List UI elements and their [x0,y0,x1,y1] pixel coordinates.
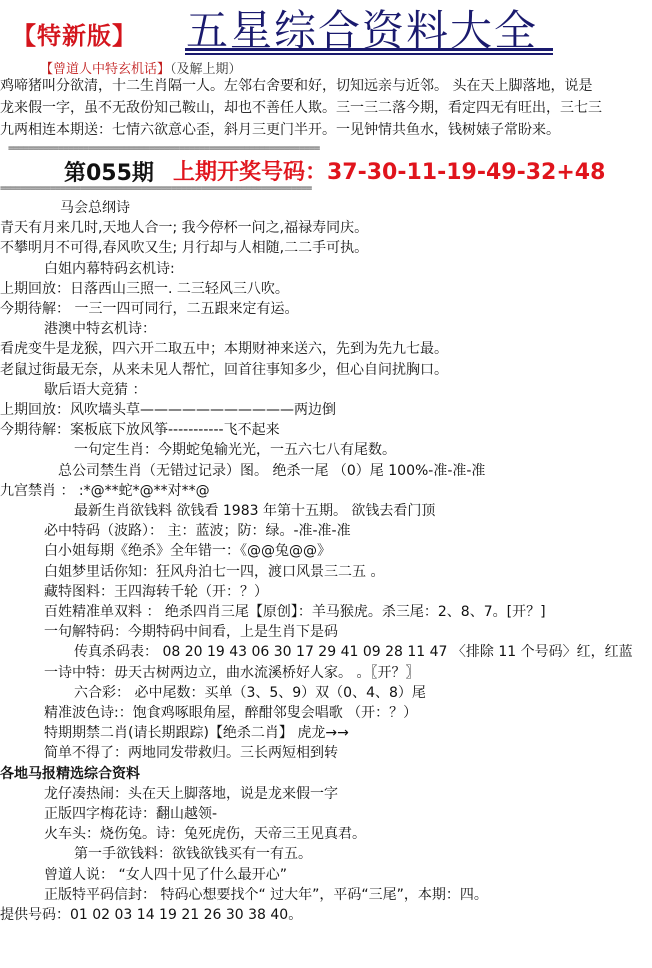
content-line: 上期回放：风吹墙头草———————————两边倒 [0,400,336,420]
content-line: 看虎变牛是龙猴，四六开二取五中；本期财神来送六，先到为先九七最。 [0,339,448,359]
content-line: 六合彩： 必中尾数：买单（3、5、9）双（0、4、8）尾 [74,683,426,703]
content-line: 今期待解： 一三一四可同行，二五跟来定有运。 [0,299,298,319]
last-draw-numbers: 上期开奖号码：37-30-11-19-49-32+48 [173,155,605,186]
content-line: 正版特平码信封： 特码心想要找个“ 过大年”，平码“三尾”，本期：四。 [44,885,488,905]
content-line: 龙仔凑热闹：头在天上脚落地，说是龙来假一字 [44,784,338,804]
subtitle-gray: （及解上期） [170,62,242,77]
content-line: 歇后语大竞猜 ： [44,380,146,400]
content-line: 白小姐每期《绝杀》全年错一：《@@兔@@》 [44,541,331,561]
content-line: 一诗中特：毋天古树两边立，曲水流溪桥好人家。 。〖开？〗 [44,663,419,683]
content-line: 提供号码：01 02 03 14 19 21 26 30 38 40。 [0,905,302,925]
content-line: 上期回放：日落西山三照一. 二三轻风三八吹。 [0,279,289,299]
content-line: 白姐内幕特码玄机诗: [44,259,175,279]
content-line: 马会总纲诗 [60,198,130,218]
subtitle: 【曾道人中特玄机话】（及解上期） [40,58,242,77]
content-line: 一句解特码：今期特码中间看，上是生肖下是码 [44,622,338,642]
content-line: 最新生肖欲钱料 欲钱看 1983 年第十五期。 欲钱去看门顶 [74,501,435,521]
content-line: 第一手欲钱料：欲钱欲钱买有一有五。 [74,844,312,864]
intro-line-2: 龙来假一字，虽不无敌份知己鞍山，却也不善任人欺。三一三二落今期，看定四无有旺出，… [0,98,602,118]
content-line: 曾道人说： “女人四十见了什么最开心” [44,865,287,885]
subtitle-red: 【曾道人中特玄机话】 [40,62,170,77]
content-line: 传真杀码表： 08 20 19 43 06 30 17 29 41 09 28 … [74,642,633,662]
content-line: 今期待解：案板底下放风筝-----------飞不起来 [0,420,280,440]
content-line: 青天有月来几时,天地人合一; 我今停杯一问之,福禄寿同庆。 [0,218,368,238]
content-line: 精准波色诗:：饱食鸡啄眼角屋，醉酣邻叟会唱歌 （开：？） [44,703,417,723]
title-underline [185,48,553,51]
intro-line-1: 鸡啼猪叫分欲清，十二生肖隔一人。左邻右舍要和好，切知远亲与近邻。 头在天上脚落地… [0,76,592,96]
separator-bottom: ========================================… [0,184,606,194]
section-heading: 各地马报精选综合资料 [0,764,140,784]
content-line: 特期期禁二肖(请长期跟踪)【绝杀二肖】 虎龙→→ [44,723,349,743]
content-line: 九宫禁肖 ： :*@**蛇*@**对**@ [0,481,210,501]
content-line: 不攀明月不可得,春风吹又生; 月行却与人相随,二二手可执。 [0,238,368,258]
content-line: 火车头：烧伤兔。诗：兔死虎伤，天帝三王见真君。 [44,824,366,844]
content-line: 百姓精准单双料 ： 绝杀四肖三尾【原创】：羊马猴虎。杀三尾：2、8、7。[开？] [44,602,546,622]
content-line: 藏特图料：王四海转千轮（开：？） [44,582,268,602]
content-line: 正版四字梅花诗：翻山越领- [44,804,217,824]
brand-label: 【特新版】 [12,16,137,51]
issue-number: 第055期 [64,156,154,187]
content-line: 一句定生肖：今期蛇兔输光光，一五六七八有尾数。 [74,440,396,460]
content-line: 老鼠过街最无奈，从来未见人帮忙，回首往事知多少，但心自问扰胸口。 [0,360,448,380]
title-underline-thin [185,53,553,55]
content-line: 总公司禁生肖（无错过记录）图。 绝杀一尾 （0）尾 100%-准-准-准 [58,461,485,481]
separator-top: ========================================… [8,144,538,154]
intro-line-3: 九两相连本期送：七情六欲意心歪，斜月三更门半开。一见钟情共鱼水，钱树婊子常盼来。 [0,120,560,140]
content-line: 港澳中特玄机诗： [44,319,156,339]
content-line: 简单不得了：两地同发带救归。三长两短相到转 [44,743,338,763]
content-line: 白姐梦里话你知：狂风舟泊七一四，渡口风景三二五 。 [44,562,384,582]
content-line: 必中特码（波路）： 主：蓝波；防：绿。-准-准-准 [44,521,351,541]
